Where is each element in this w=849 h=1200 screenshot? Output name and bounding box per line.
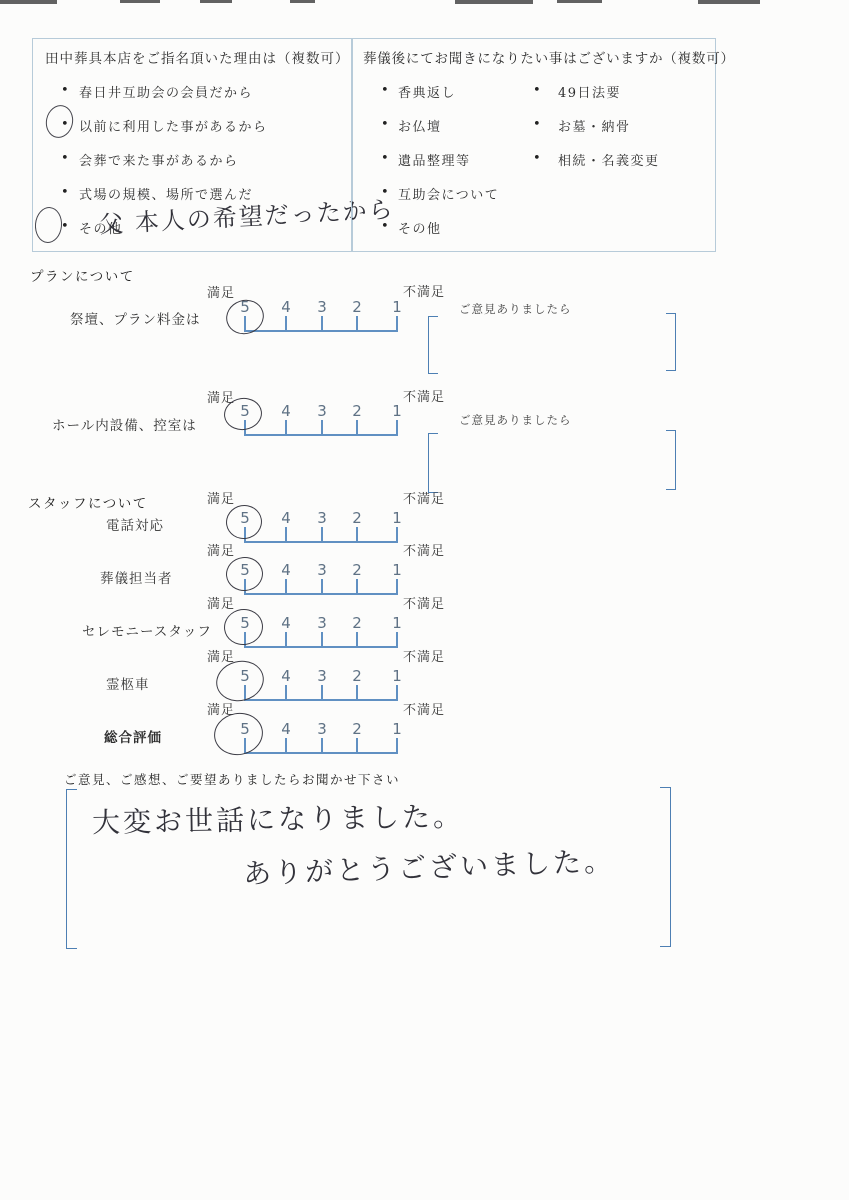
after-item: お墓・納骨: [558, 116, 631, 135]
scale-number: 4: [276, 720, 296, 756]
bullet-icon: •: [381, 185, 389, 200]
reason-item: 会葬で来た事があるから: [79, 150, 239, 169]
comments-prompt: ご意見、ご感想、ご要望ありましたらお聞かせ下さい: [64, 770, 400, 788]
rating-row-label: 霊柩車: [106, 673, 150, 693]
rating-row-label: セレモニースタッフ: [82, 620, 212, 640]
handwritten-comment-line2: ありがとうございました。: [242, 840, 615, 893]
unsatisfied-label: 不満足: [403, 540, 445, 559]
scale-number: 4: [276, 298, 296, 334]
comment-bracket-left: [428, 316, 438, 374]
scan-artifact: [120, 0, 160, 3]
rating-row-label: 電話対応: [106, 514, 164, 534]
scale-number: 1: [387, 667, 407, 703]
after-box-title: 葬儀後にてお聞きになりたい事はございますか（複数可）: [363, 47, 735, 67]
unsatisfied-label: 不満足: [403, 646, 445, 665]
unsatisfied-label: 不満足: [403, 593, 445, 612]
bullet-icon: •: [381, 219, 389, 234]
scale-number: 1: [387, 298, 407, 334]
scale-number: 3: [312, 561, 332, 597]
hand-circle-mark: [43, 103, 76, 141]
scale-number: 2: [347, 561, 367, 597]
comment-bracket-left: [428, 433, 438, 493]
scanned-survey-form: 田中葬具本店をご指名頂いた理由は（複数可） • 春日井互助会の会員だから • 以…: [0, 0, 849, 1200]
bullet-icon: •: [533, 83, 541, 98]
scale-baseline: [244, 752, 398, 754]
scale-number: 3: [312, 720, 332, 756]
scale-number: 1: [387, 561, 407, 597]
scale-number: 2: [347, 402, 367, 438]
comment-bracket-right: [666, 313, 676, 371]
scale-number: 1: [387, 614, 407, 650]
handwritten-comment-line1: 大変お世話になりました。: [92, 795, 465, 841]
unsatisfied-label: 不満足: [403, 488, 445, 507]
rating-row-hearse: 満足 不満足 霊柩車 5 4 3 2 1: [0, 646, 849, 701]
after-item: 香典返し: [398, 82, 456, 101]
scale-number: 3: [312, 298, 332, 334]
rating-row-phone: 満足 不満足 電話対応 5 4 3 2 1: [0, 488, 849, 543]
bullet-icon: •: [381, 83, 389, 98]
after-item: 互助会について: [398, 184, 499, 203]
scale-number: 2: [347, 614, 367, 650]
scale-number: 2: [347, 298, 367, 334]
bullet-icon: •: [61, 83, 69, 98]
rating-row-label: 葬儀担当者: [100, 567, 173, 587]
satisfied-label: 満足: [207, 488, 235, 507]
reason-item: 春日井互助会の会員だから: [79, 82, 253, 101]
after-item: 遺品整理等: [398, 150, 471, 169]
bullet-icon: •: [381, 117, 389, 132]
hand-circle-mark: [33, 206, 63, 244]
scale-baseline: [244, 330, 398, 332]
rating-row-ceremony-staff: 満足 不満足 セレモニースタッフ 5 4 3 2 1: [0, 593, 849, 648]
scan-artifact: [290, 0, 315, 3]
scan-artifact: [0, 0, 57, 4]
bullet-icon: •: [533, 117, 541, 132]
reasons-box-title: 田中葬具本店をご指名頂いた理由は（複数可）: [45, 47, 350, 67]
scale-number: 4: [276, 614, 296, 650]
rating-row-label: 祭壇、プラン料金は: [70, 308, 201, 328]
bullet-icon: •: [61, 219, 69, 234]
bullet-icon: •: [381, 151, 389, 166]
scale-number: 3: [312, 614, 332, 650]
unsatisfied-label: 不満足: [403, 386, 445, 405]
comments-bracket-left: [66, 789, 77, 949]
scale-number: 4: [276, 667, 296, 703]
unsatisfied-label: 不満足: [403, 699, 445, 718]
reasons-box: 田中葬具本店をご指名頂いた理由は（複数可） • 春日井互助会の会員だから • 以…: [32, 38, 353, 252]
comments-bracket-right: [660, 787, 671, 947]
scan-artifact: [557, 0, 602, 3]
rating-row-label: 総合評価: [104, 726, 162, 746]
after-item: 49日法要: [558, 82, 621, 101]
after-item: 相続・名義変更: [558, 150, 660, 169]
after-item: その他: [398, 218, 442, 237]
comment-prompt: ご意見ありましたら: [459, 412, 572, 428]
scan-artifact: [698, 0, 760, 4]
comment-bracket-right: [666, 430, 676, 490]
after-funeral-box: 葬儀後にてお聞きになりたい事はございますか（複数可） • 香典返し • お仏壇 …: [351, 38, 716, 252]
scale-number: 2: [347, 720, 367, 756]
unsatisfied-label: 不満足: [403, 281, 445, 300]
satisfied-label: 満足: [207, 282, 235, 301]
scale-number: 1: [387, 402, 407, 438]
comment-prompt: ご意見ありましたら: [459, 301, 572, 317]
satisfied-label: 満足: [207, 593, 235, 612]
scan-artifact: [455, 0, 533, 4]
rating-row-overall: 満足 不満足 総合評価 5 4 3 2 1: [0, 699, 849, 759]
scale-baseline: [244, 434, 398, 436]
scale-number: 2: [347, 667, 367, 703]
rating-row-director: 満足 不満足 葬儀担当者 5 4 3 2 1: [0, 540, 849, 595]
rating-row-hall: 満足 不満足 ホール内設備、控室は 5 4 3 2 1 ご意見ありましたら: [0, 386, 849, 496]
scale-number: 4: [276, 402, 296, 438]
rating-row-plan-price: 満足 不満足 祭壇、プラン料金は 5 4 3 2 1 ご意見ありましたら: [0, 281, 849, 351]
scale-number: 3: [312, 402, 332, 438]
scale-number: 1: [387, 720, 407, 756]
bullet-icon: •: [61, 151, 69, 166]
scale-number: 3: [312, 667, 332, 703]
after-item: お仏壇: [398, 116, 442, 135]
scan-artifact: [200, 0, 232, 3]
reason-item: 以前に利用した事があるから: [79, 116, 268, 135]
satisfied-label: 満足: [207, 540, 235, 559]
rating-row-label: ホール内設備、控室は: [52, 414, 197, 434]
bullet-icon: •: [61, 185, 69, 200]
bullet-icon: •: [533, 151, 541, 166]
scale-number: 4: [276, 561, 296, 597]
